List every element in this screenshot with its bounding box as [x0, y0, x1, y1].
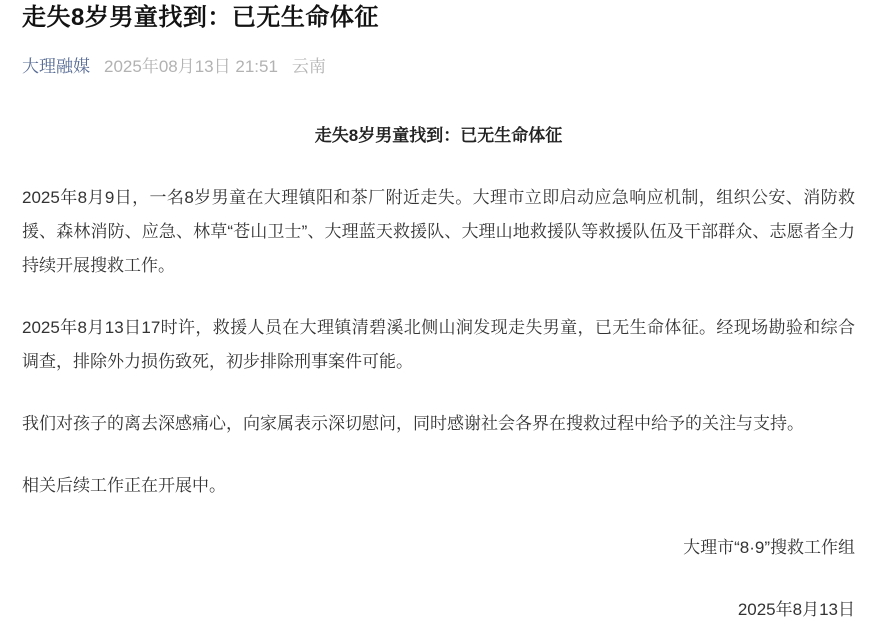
publish-location: 云南 [292, 55, 326, 79]
paragraph-2: 2025年8月13日17时许，救援人员在大理镇清碧溪北侧山涧发现走失男童，已无生… [22, 311, 855, 379]
paragraph-1: 2025年8月9日，一名8岁男童在大理镇阳和茶厂附近走失。大理市立即启动应急响应… [22, 181, 855, 283]
article-meta: 大理融媒 2025年08月13日 21:51 云南 [22, 55, 855, 79]
article-title: 走失8岁男童找到：已无生命体征 [22, 0, 855, 35]
paragraph-3: 我们对孩子的离去深感痛心，向家属表示深切慰问，同时感谢社会各界在搜救过程中给予的… [22, 407, 855, 441]
paragraph-4: 相关后续工作正在开展中。 [22, 469, 855, 503]
source-link[interactable]: 大理融媒 [22, 55, 90, 79]
article-subtitle: 走失8岁男童找到：已无生命体征 [22, 119, 855, 153]
signature: 大理市“8·9”搜救工作组 [22, 531, 855, 565]
publish-datetime: 2025年08月13日 21:51 [104, 55, 278, 79]
article-content: 走失8岁男童找到：已无生命体征 2025年8月9日，一名8岁男童在大理镇阳和茶厂… [22, 119, 855, 627]
signature-date: 2025年8月13日 [22, 593, 855, 627]
article-page: 走失8岁男童找到：已无生命体征 大理融媒 2025年08月13日 21:51 云… [0, 0, 875, 633]
